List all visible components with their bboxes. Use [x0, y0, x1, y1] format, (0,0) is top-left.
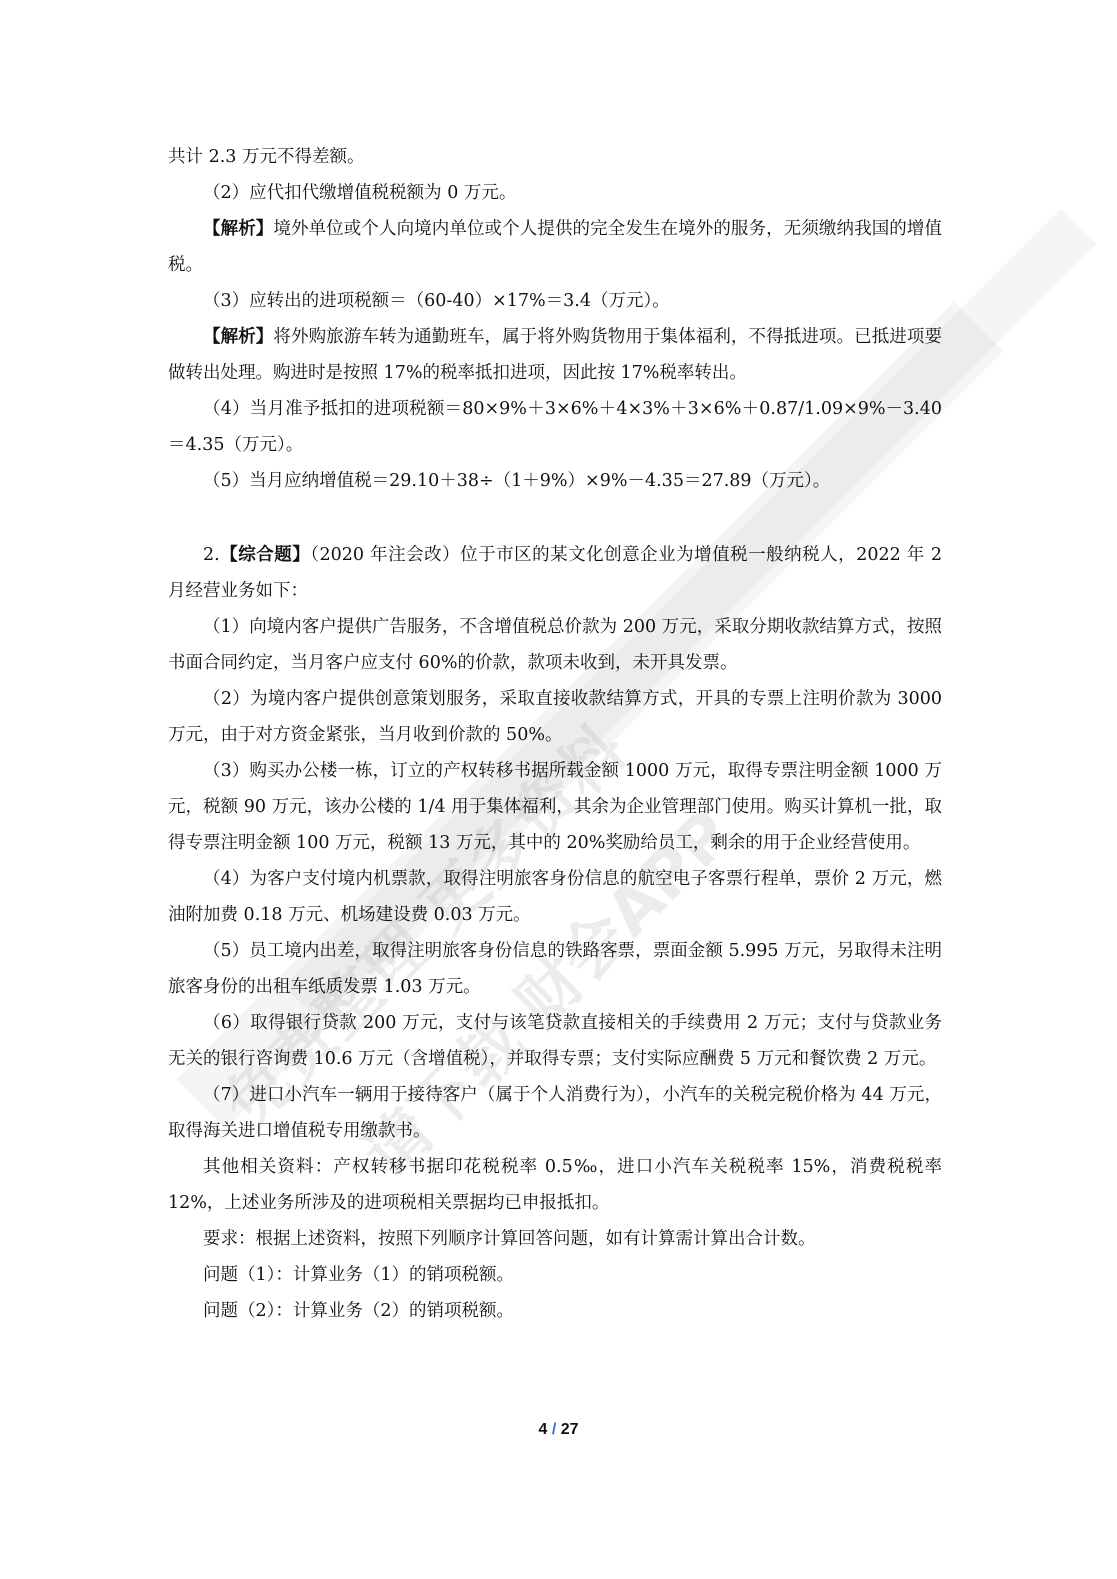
business-item-1: （1）向境内客户提供广告服务，不含增值税总价款为 200 万元，采取分期收款结算… [168, 609, 942, 681]
paragraph: （2）应代扣代缴增值税税额为 0 万元。 [168, 175, 942, 211]
business-item-3: （3）购买办公楼一栋，订立的产权转移书据所载金额 1000 万元，取得专票注明金… [168, 753, 942, 861]
business-item-2: （2）为境内客户提供创意策划服务，采取直接收款结算方式，开具的专票上注明价款为 … [168, 681, 942, 753]
analysis-paragraph: 【解析】境外单位或个人向境内单位或个人提供的完全发生在境外的服务，无须缴纳我国的… [168, 211, 942, 283]
paragraph: （5）当月应纳增值税＝29.10＋38÷（1＋9%）×9%－4.35＝27.89… [168, 463, 942, 499]
requirement: 要求：根据上述资料，按照下列顺序计算回答问题，如有计算需计算出合计数。 [168, 1221, 942, 1257]
question-type-label: 【综合题】 [220, 545, 311, 565]
page-separator: / [552, 1421, 556, 1438]
total-pages: 27 [561, 1421, 579, 1438]
document-body: 共计 2.3 万元不得差额。 （2）应代扣代缴增值税税额为 0 万元。 【解析】… [168, 139, 942, 1329]
paragraph: （4）当月准予抵扣的进项税额＝80×9%＋3×6%＋4×3%＋3×6%＋0.87… [168, 391, 942, 463]
business-item-5: （5）员工境内出差，取得注明旅客身份信息的铁路客票，票面金额 5.995 万元，… [168, 933, 942, 1005]
business-item-6: （6）取得银行贷款 200 万元，支付与该笔贷款直接相关的手续费用 2 万元；支… [168, 1005, 942, 1077]
spacer [168, 499, 942, 537]
analysis-label: 【解析】 [203, 219, 273, 239]
paragraph: 共计 2.3 万元不得差额。 [168, 139, 942, 175]
question-number: 2. [203, 545, 220, 565]
paragraph: （3）应转出的进项税额＝（60-40）×17%＝3.4（万元）。 [168, 283, 942, 319]
other-info: 其他相关资料：产权转移书据印花税税率 0.5‰，进口小汽车关税税率 15%，消费… [168, 1149, 942, 1221]
document-page: 免费整理 更多资料 请下载 财会APP 共计 2.3 万元不得差额。 （2）应代… [0, 0, 1117, 1579]
sub-question-2: 问题（2）：计算业务（2）的销项税额。 [168, 1293, 942, 1329]
sub-question-1: 问题（1）：计算业务（1）的销项税额。 [168, 1257, 942, 1293]
business-item-7: （7）进口小汽车一辆用于接待客户（属于个人消费行为），小汽车的关税完税价格为 4… [168, 1077, 942, 1149]
analysis-label: 【解析】 [203, 327, 273, 347]
business-item-4: （4）为客户支付境内机票款，取得注明旅客身份信息的航空电子客票行程单，票价 2 … [168, 861, 942, 933]
analysis-paragraph: 【解析】将外购旅游车转为通勤班车，属于将外购货物用于集体福利，不得抵进项。已抵进… [168, 319, 942, 391]
question-heading: 2.【综合题】（2020 年注会改）位于市区的某文化创意企业为增值税一般纳税人，… [168, 537, 942, 609]
page-number: 4 / 27 [0, 1421, 1117, 1439]
current-page: 4 [538, 1421, 547, 1438]
